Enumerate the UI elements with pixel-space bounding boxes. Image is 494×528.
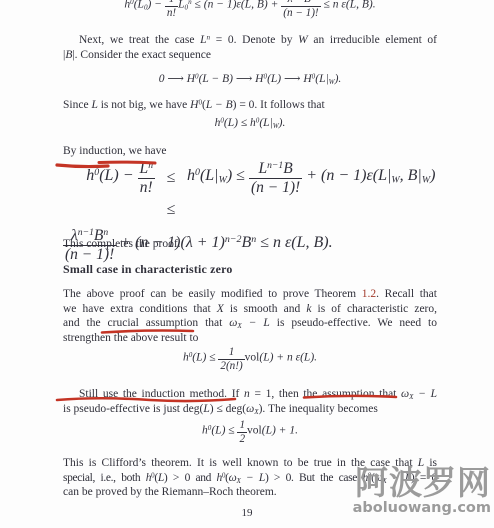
- paragraph-line: Since L is not big, we have H0(L − B) = …: [63, 98, 437, 113]
- paragraph-next-case: Next, we treat the case Ln = 0. Denote b…: [63, 33, 437, 62]
- watermark: 阿波罗网 aboluowang.com: [353, 466, 491, 516]
- display-equation-exact-sequence: 0 ⟶ H0(L − B) ⟶ H0(L) ⟶ H0(L|W).: [63, 71, 437, 85]
- paragraph-induction-method: Still use the induction method. If n = 1…: [63, 387, 437, 416]
- paragraph-since-not-big: Since L is not big, we have H0(L − B) = …: [63, 98, 437, 113]
- equation-rhs: h0(L|W) ≤ Ln−1B(n − 1)! + (n − 1)ε(L|W, …: [187, 159, 435, 197]
- paragraph-by-induction: By induction, we have: [63, 144, 437, 159]
- equation-row: h0(L) − Lnn!≤h0(L|W) ≤ Ln−1B(n − 1)! + (…: [63, 159, 437, 192]
- paragraph-completes-proof: This completes the proof.: [63, 237, 437, 252]
- display-equation-top: h0(L0) − 1n!L0n ≤ (n − 1)ε(L, B) + λn−1B…: [63, 0, 437, 20]
- paragraph-above-proof: The above proof can be easily modified t…: [63, 287, 437, 345]
- display-equation-clifford: h0(L) ≤ 12vol(L) + 1.: [63, 419, 437, 446]
- watermark-domain: aboluowang.com: [353, 501, 491, 516]
- paragraph-line: strengthen the above result to: [63, 331, 437, 346]
- paragraph-line: This completes the proof.: [63, 237, 437, 252]
- paragraph-line: Next, we treat the case Ln = 0. Denote b…: [63, 33, 437, 48]
- paragraph-line: is pseudo-effective is just deg(L) ≤ deg…: [63, 402, 437, 417]
- paragraph-line: and the crucial assumption that ωX − L i…: [63, 316, 437, 331]
- display-equation-vol: h0(L) ≤ 12(n!)vol(L) + n ε(L).: [63, 346, 437, 373]
- watermark-logo: 阿波罗网: [353, 466, 491, 499]
- paragraph-line: |B|. Consider the exact sequence: [63, 48, 437, 63]
- paragraph-line: By induction, we have: [63, 144, 437, 159]
- paragraph-line: Still use the induction method. If n = 1…: [63, 387, 437, 402]
- equation-relation: ≤: [155, 193, 187, 226]
- paragraph-line: The above proof can be easily modified t…: [63, 287, 437, 302]
- paper-page: h0(L0) − 1n!L0n ≤ (n − 1)ε(L, B) + λn−1B…: [0, 0, 494, 528]
- display-equation-h0: h0(L) ≤ h0(L|W).: [63, 117, 437, 129]
- paragraph-line: we have extra conditions that X is smoot…: [63, 302, 437, 317]
- equation-row: ≤λn−1Bn(n − 1)! + (n − 1)(λ + 1)n−2Bn ≤ …: [63, 192, 437, 225]
- equation-relation: ≤: [155, 161, 187, 194]
- section-heading: Small case in characteristic zero: [63, 262, 437, 277]
- display-equation-aligned: h0(L) − Lnn!≤h0(L|W) ≤ Ln−1B(n − 1)! + (…: [63, 159, 437, 225]
